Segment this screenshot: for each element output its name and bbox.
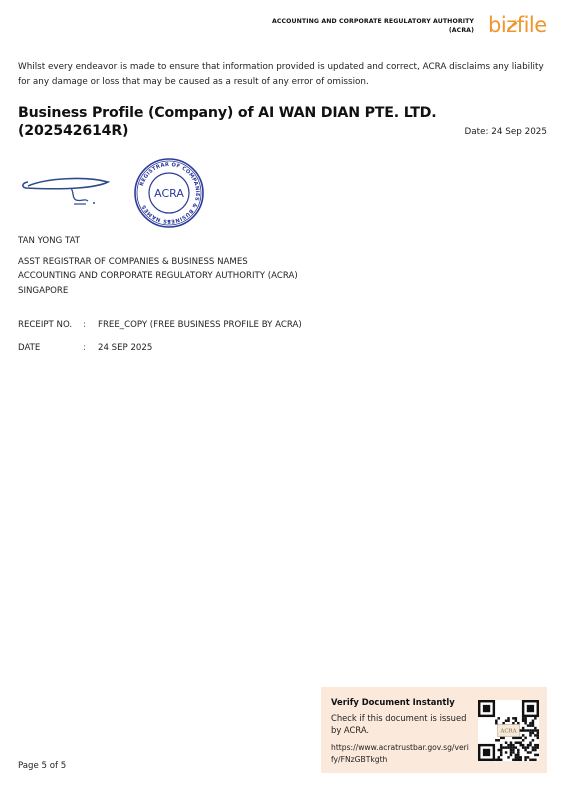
- date-label: DATE: [18, 343, 88, 353]
- logo-text-z: z: [506, 12, 517, 38]
- verify-url-link[interactable]: https://www.acratrustbar.gov.sg/verify/F…: [331, 742, 471, 766]
- page-title: Business Profile (Company) of AI WAN DIA…: [18, 104, 438, 140]
- receipt-separator: :: [83, 320, 86, 330]
- date-separator: :: [83, 343, 86, 353]
- bizfile-logo: bizfile: [488, 12, 547, 38]
- qr-code-icon[interactable]: ACRA: [478, 700, 539, 761]
- authority-abbr: (ACRA): [272, 26, 474, 35]
- logo-text-post: file: [517, 13, 547, 37]
- receipt-label: RECEIPT NO.: [18, 320, 88, 330]
- svg-text:ACRA: ACRA: [499, 728, 517, 734]
- logo-text-pre: bi: [488, 13, 506, 37]
- signer-title: ASST REGISTRAR OF COMPANIES & BUSINESS N…: [18, 255, 298, 298]
- signer-name: TAN YONG TAT: [18, 236, 80, 246]
- signer-title-line: SINGAPORE: [18, 284, 298, 298]
- signature-icon: [16, 168, 116, 218]
- signer-title-line: ASST REGISTRAR OF COMPANIES & BUSINESS N…: [18, 255, 298, 269]
- acra-seal-icon: REGISTRAR OF COMPANIES & BUSINESS NAMES …: [131, 158, 207, 228]
- receipt-value: FREE_COPY (FREE BUSINESS PROFILE BY ACRA…: [98, 320, 302, 330]
- verify-document-panel: Verify Document Instantly Check if this …: [321, 687, 547, 773]
- verify-title: Verify Document Instantly: [331, 697, 455, 707]
- date-value: 24 SEP 2025: [98, 343, 152, 353]
- verify-description: Check if this document is issued by ACRA…: [331, 712, 476, 736]
- authority-name: ACCOUNTING AND CORPORATE REGULATORY AUTH…: [272, 17, 474, 26]
- svg-text:★: ★: [167, 219, 172, 225]
- document-date: Date: 24 Sep 2025: [464, 127, 547, 137]
- disclaimer-text: Whilst every endeavor is made to ensure …: [18, 60, 548, 90]
- svg-text:ACRA: ACRA: [154, 187, 184, 200]
- page-number: Page 5 of 5: [18, 761, 66, 771]
- signer-title-line: ACCOUNTING AND CORPORATE REGULATORY AUTH…: [18, 269, 298, 283]
- authority-header: ACCOUNTING AND CORPORATE REGULATORY AUTH…: [272, 17, 474, 35]
